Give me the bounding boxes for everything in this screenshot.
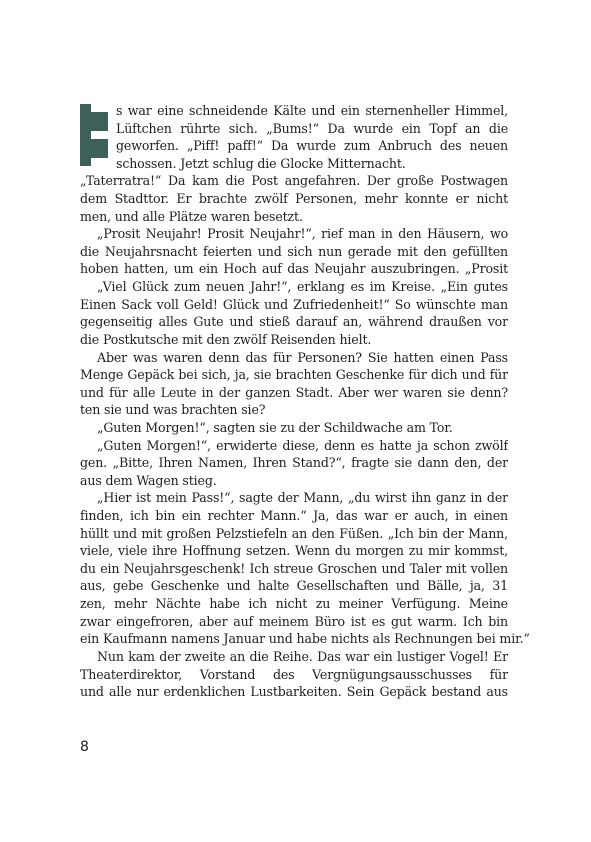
- text-line: dem Stadttor. Er brachte zwölf Personen,…: [80, 190, 508, 208]
- text-line: „Viel Glück zum neuen Jahr!“, erklang es…: [80, 278, 508, 296]
- text-line: Aber was waren denn das für Personen? Si…: [80, 349, 508, 367]
- text-line: Einen Sack voll Geld! Glück und Zufriede…: [80, 296, 508, 314]
- body-text: s war eine schneidende Kälte und ein ste…: [80, 102, 508, 701]
- text-line: und alle nur erdenklichen Lustbarkeiten.…: [80, 683, 508, 701]
- text-line: ein Kaufmann namens Januar und habe nich…: [80, 630, 508, 648]
- text-line: finden, ich bin ein rechter Mann.“ Ja, d…: [80, 507, 508, 525]
- text-line: „Guten Morgen!“, erwiderte diese, denn e…: [80, 437, 508, 455]
- page-number: 8: [80, 739, 89, 755]
- dropcap-letter-e: [80, 104, 108, 166]
- text-line: viele, viele ihre Hoffnung setzen. Wenn …: [80, 542, 508, 560]
- text-line: die Postkutsche mit den zwölf Reisenden …: [80, 331, 508, 349]
- text-line: hüllt und mit großen Pelzstiefeln an den…: [80, 525, 508, 543]
- text-line: du ein Neujahrsgeschenk! Ich streue Gros…: [80, 560, 508, 578]
- text-line: aus dem Wagen stieg.: [80, 472, 508, 490]
- text-line: aus, gebe Geschenke und halte Gesellscha…: [80, 577, 508, 595]
- text-line: Lüftchen rührte sich. „Bums!“ Da wurde e…: [80, 120, 508, 138]
- text-line: zwar eingefroren, aber auf meinem Büro i…: [80, 613, 508, 631]
- text-line: Nun kam der zweite an die Reihe. Das war…: [80, 648, 508, 666]
- text-line: die Neujahrsnacht feierten und sich nun …: [80, 243, 508, 261]
- text-line: hoben hatten, um ein Hoch auf das Neujah…: [80, 260, 508, 278]
- text-line: zen, mehr Nächte habe ich nicht zu meine…: [80, 595, 508, 613]
- text-line: Theaterdirektor, Vorstand des Vergnügung…: [80, 666, 508, 684]
- text-line: men, und alle Plätze waren besetzt.: [80, 208, 508, 226]
- text-line: „Prosit Neujahr! Prosit Neujahr!“, rief …: [80, 225, 508, 243]
- text-line: „Taterratra!“ Da kam die Post angefahren…: [80, 172, 508, 190]
- text-line: und für alle Leute in der ganzen Stadt. …: [80, 384, 508, 402]
- text-line: „Hier ist mein Pass!“, sagte der Mann, „…: [80, 489, 508, 507]
- text-line: Menge Gepäck bei sich, ja, sie brachten …: [80, 366, 508, 384]
- text-line: geworfen. „Piff! paff!“ Da wurde zum Anb…: [80, 137, 508, 155]
- text-line: schossen. Jetzt schlug die Glocke Mitter…: [80, 155, 508, 173]
- text-line: gen. „Bitte, Ihren Namen, Ihren Stand?“,…: [80, 454, 508, 472]
- text-line: gegenseitig alles Gute und stieß darauf …: [80, 313, 508, 331]
- text-line: „Guten Morgen!“, sagten sie zu der Schil…: [80, 419, 508, 437]
- text-line: ten sie und was brachten sie?: [80, 401, 508, 419]
- book-page: s war eine schneidende Kälte und ein ste…: [0, 0, 591, 842]
- text-line: s war eine schneidende Kälte und ein ste…: [80, 102, 508, 120]
